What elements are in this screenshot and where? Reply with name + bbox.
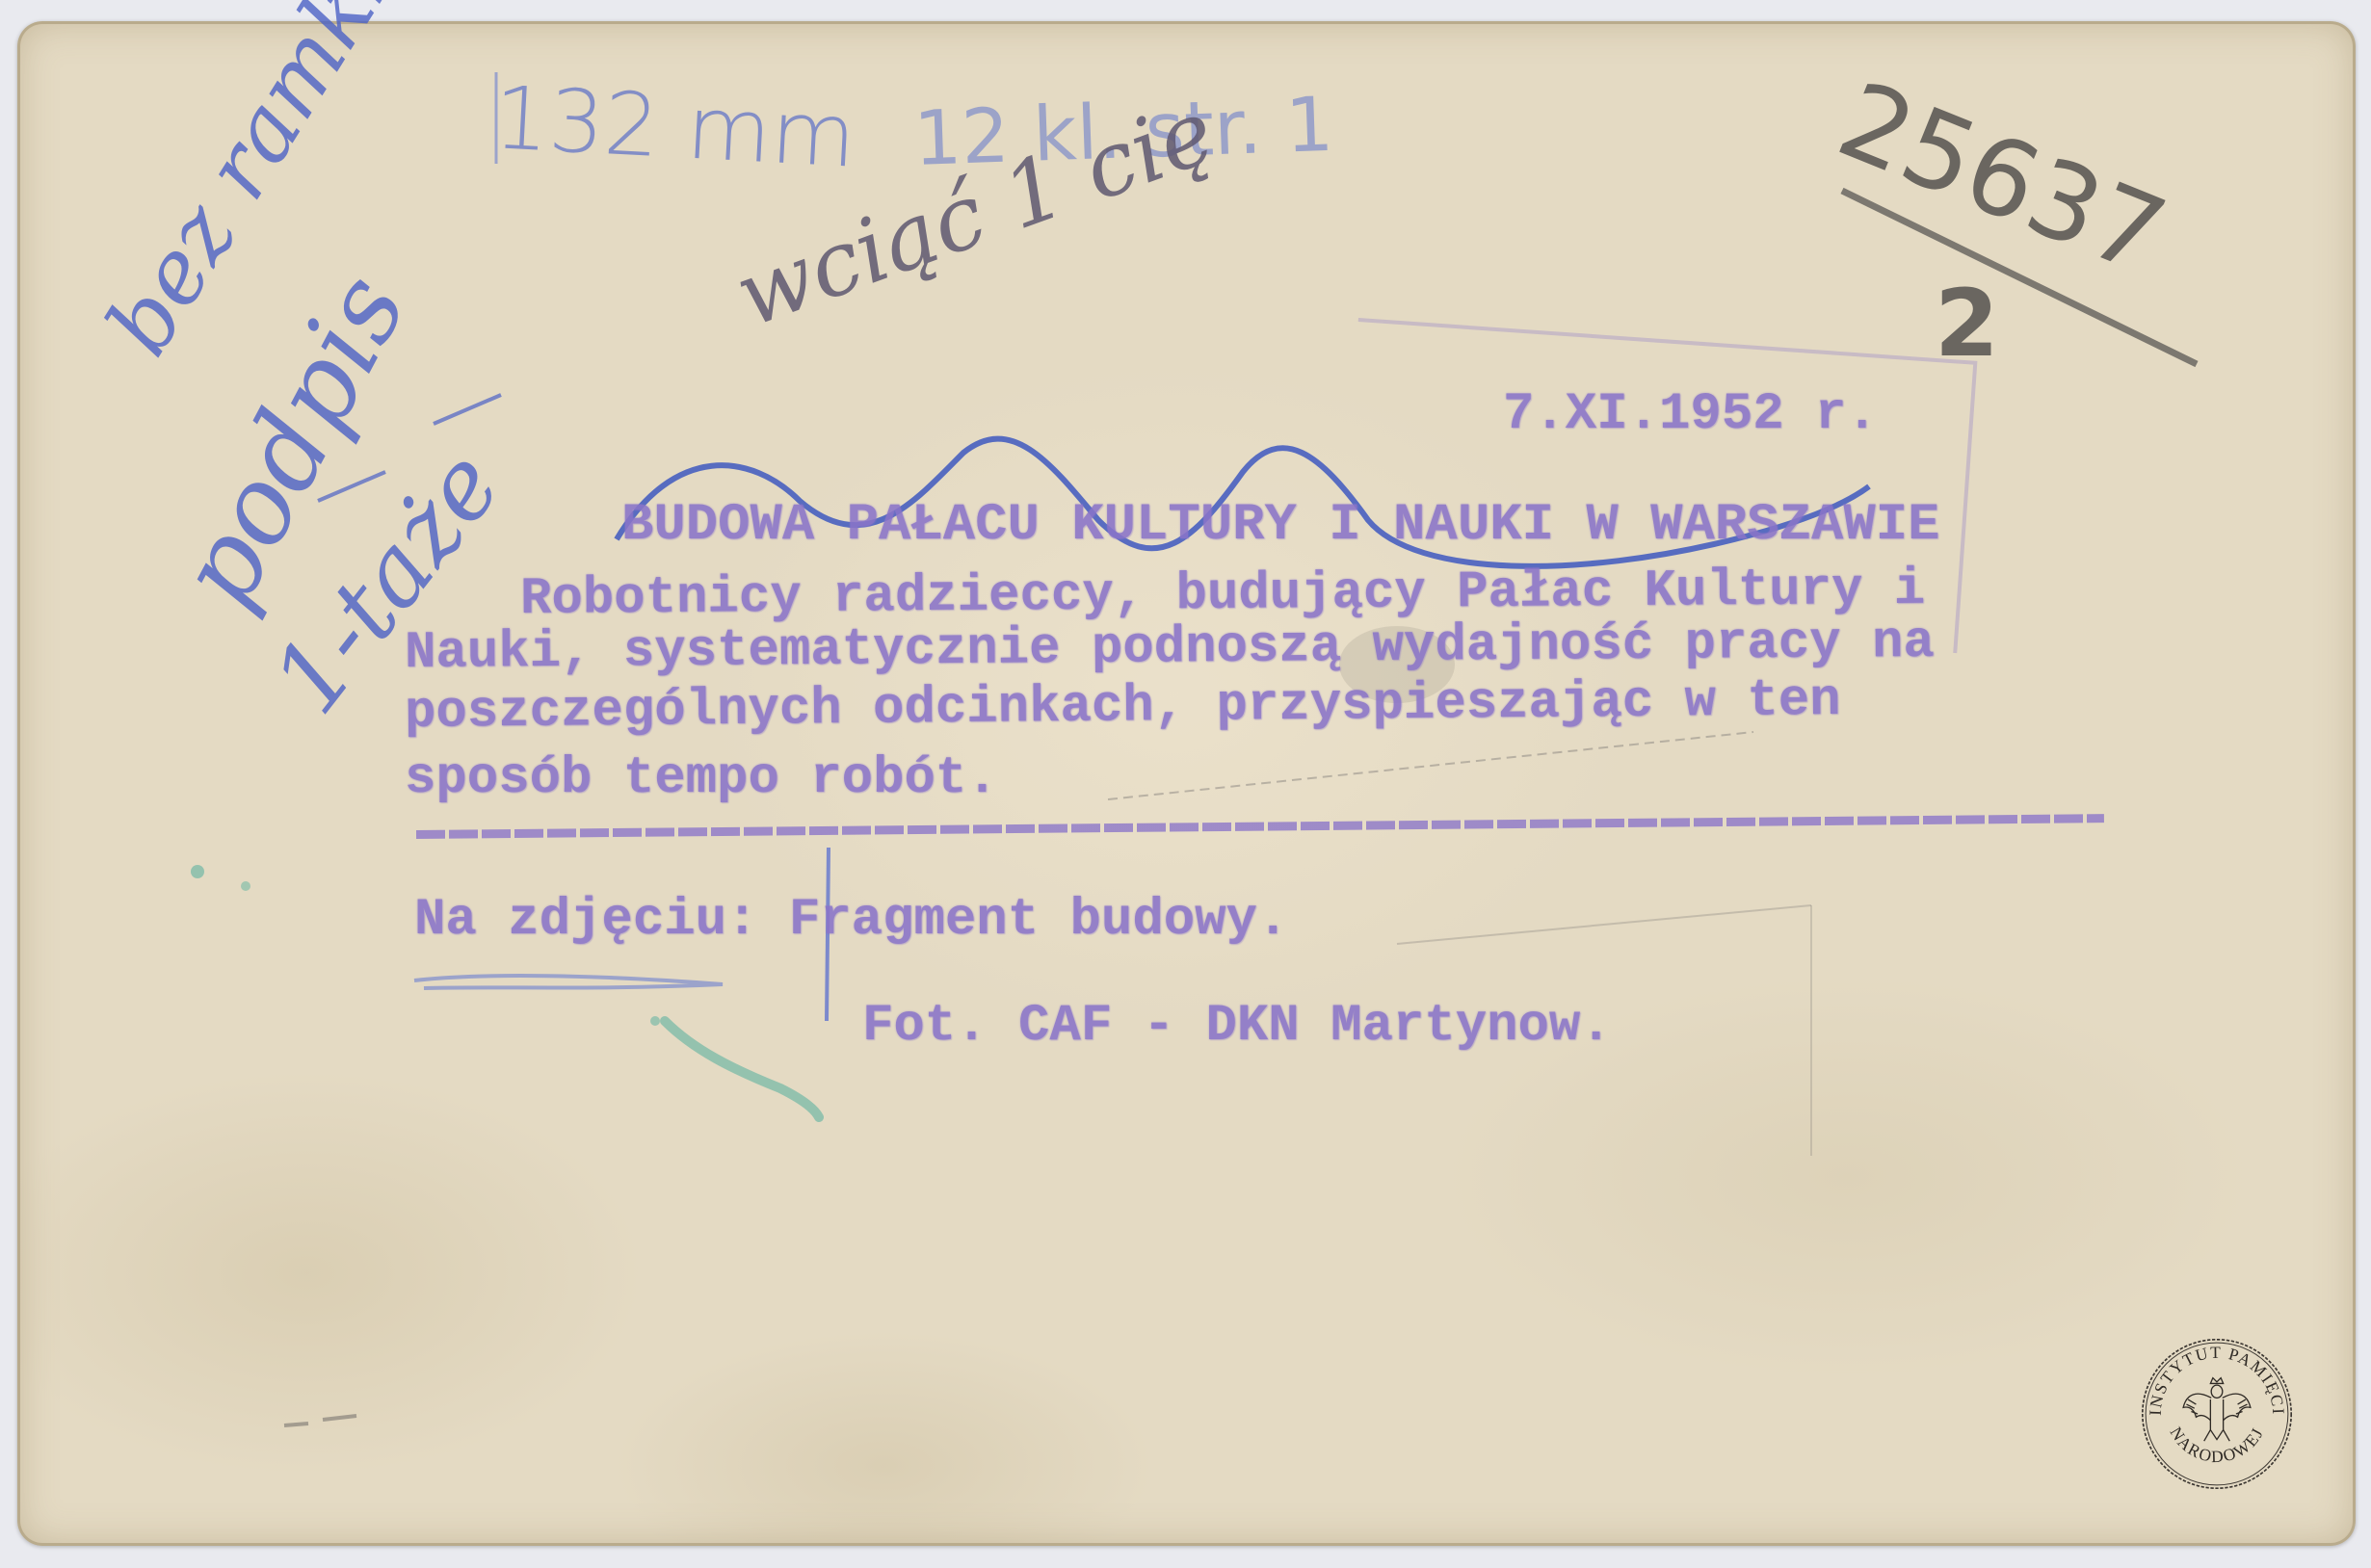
ipn-archive-seal: INSTYTUT PAMIĘCI NARODOWEJ	[2137, 1334, 2297, 1494]
svg-text:NARODOWEJ: NARODOWEJ	[2166, 1424, 2267, 1466]
eagle-emblem-icon	[2183, 1378, 2251, 1442]
photo-description: Na zdjęciu: Fragment budowy.	[414, 891, 1288, 950]
svg-text:INSTYTUT PAMIĘCI: INSTYTUT PAMIĘCI	[2146, 1343, 2288, 1416]
photo-card-reverse	[17, 21, 2356, 1546]
seal-graphic: INSTYTUT PAMIĘCI NARODOWEJ	[2137, 1334, 2297, 1494]
caption-title: BUDOWA PAŁACU KULTURY I NAUKI W WARSZAWI…	[621, 496, 1939, 555]
seal-bottom-text: NARODOWEJ	[2166, 1424, 2267, 1466]
caption-body-line-3: poszczególnych odcinkach, przyspieszając…	[405, 671, 1841, 743]
photo-credit: Fot. CAF - DKN Martynow.	[862, 997, 1612, 1056]
caption-date: 7.XI.1952 r.	[1503, 385, 1878, 444]
caption-body-line-4: sposób tempo robót.	[405, 749, 998, 808]
seal-top-text: INSTYTUT PAMIĘCI	[2146, 1343, 2288, 1416]
handwritten-size-note: 132 mm	[491, 67, 858, 188]
archive-sub-number: 2	[1935, 270, 1999, 378]
